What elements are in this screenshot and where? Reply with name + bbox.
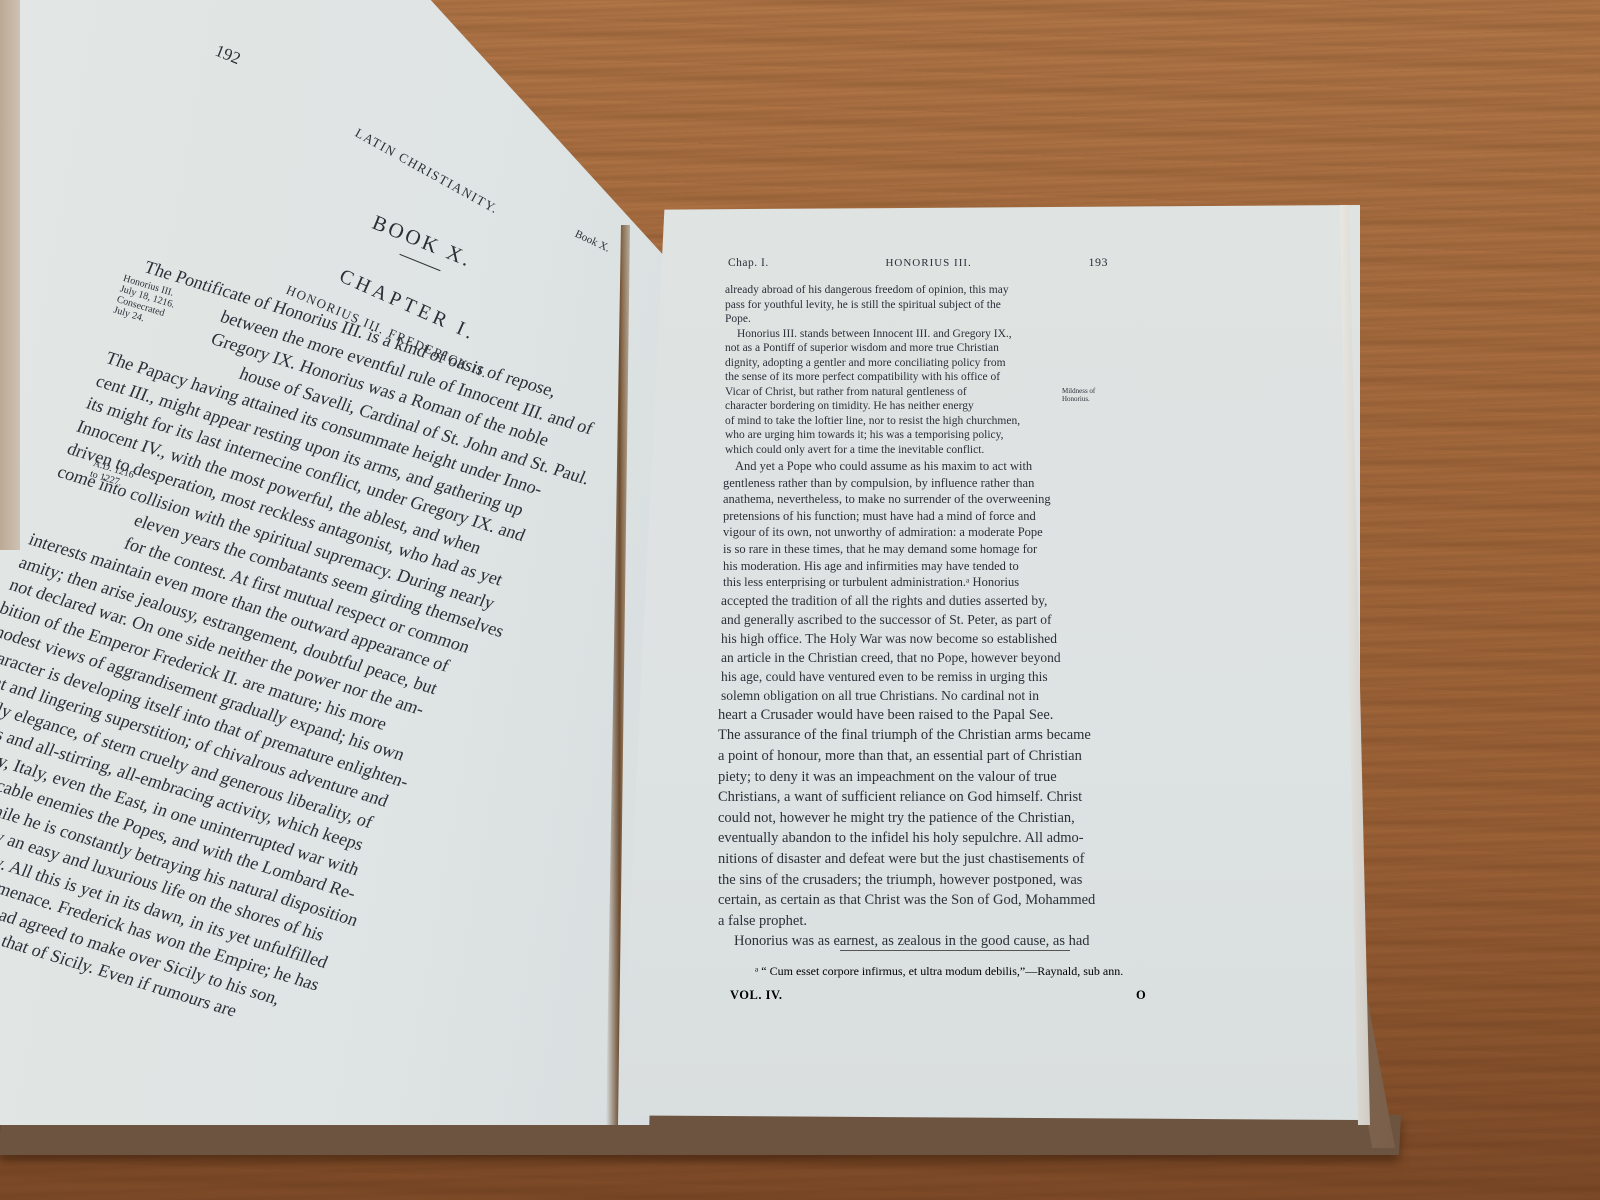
text-line: Christians, a want of sufficient relianc… (718, 787, 1095, 808)
text-line: and generally ascribed to the successor … (721, 610, 1095, 629)
text-line: eventually abandon to the infidel his ho… (718, 828, 1095, 849)
text-line: who are urging him towards it; his was a… (725, 428, 1095, 443)
text-line: his high office. The Holy War was now be… (721, 629, 1095, 648)
text-line: could not, however he might try the pati… (718, 808, 1095, 829)
footnote: ᵃ “ Cum esset corpore infirmus, et ultra… (755, 964, 1123, 979)
text-line: the sins of the crusaders; the triumph, … (718, 870, 1095, 891)
text-line: already abroad of his dangerous freedom … (725, 283, 1095, 298)
text-line: nitions of disaster and defeat were but … (718, 849, 1095, 870)
text-line: this less enterprising or turbulent admi… (723, 574, 1095, 591)
volume-signature: VOL. IV. (730, 988, 783, 1003)
text-line: solemn obligation on all true Christians… (721, 686, 1095, 705)
text-line: pass for youthful levity, he is still th… (725, 298, 1095, 313)
running-head-title: HONORIUS III. (885, 257, 971, 269)
right-page-body: already abroad of his dangerous freedom … (725, 283, 1095, 952)
text-line: a false prophet. (718, 911, 1095, 932)
text-line: gentleness rather than by compulsion, by… (723, 475, 1095, 492)
text-line: The assurance of the final triumph of th… (718, 725, 1095, 746)
text-line: a point of honour, more than that, an es… (718, 746, 1095, 767)
text-line: dignity, adopting a gentler and more con… (725, 356, 1095, 371)
text-line: of mind to take the loftier line, nor to… (725, 414, 1095, 429)
text-line: not as a Pontiff of superior wisdom and … (725, 341, 1095, 356)
text-line: character bordering on timidity. He has … (725, 399, 1095, 414)
text-line: Honorius III. stands between Innocent II… (725, 327, 1095, 342)
right-sidenote: Mildness of Honorius. (1062, 387, 1095, 403)
text-line: certain, as certain as that Christ was t… (718, 890, 1095, 911)
footnote-rule (840, 950, 1070, 951)
text-line: Honorius was as earnest, as zealous in t… (718, 931, 1095, 952)
chapter-label: Chap. I. (728, 257, 769, 269)
left-page-edge (0, 0, 20, 550)
text-line: Pope. (725, 312, 1095, 327)
text-line: heart a Crusader would have been raised … (718, 705, 1095, 726)
text-line: pretensions of his function; must have h… (723, 508, 1095, 525)
text-line: piety; to deny it was an impeachment on … (718, 767, 1095, 788)
text-line: the sense of its more perfect compatibil… (725, 370, 1095, 385)
sidenote-line: Mildness of (1062, 387, 1095, 395)
text-line: is so rare in these times, that he may d… (723, 541, 1095, 558)
signature-mark: O (1136, 988, 1146, 1003)
text-line: his moderation. His age and infirmities … (723, 558, 1095, 575)
text-line: which could only avert for a time the in… (725, 443, 1095, 458)
right-page-content: Chap. I. HONORIUS III. 193 (720, 255, 1160, 274)
right-running-head: Chap. I. HONORIUS III. 193 (728, 255, 1108, 270)
text-line: an article in the Christian creed, that … (721, 648, 1095, 667)
text-line: accepted the tradition of all the rights… (721, 591, 1095, 610)
text-line: his age, could have ventured even to be … (721, 667, 1095, 686)
sidenote-line: Honorius. (1062, 395, 1095, 403)
text-line: anathema, nevertheless, to make no surre… (723, 491, 1095, 508)
text-line: Vicar of Christ, but rather from natural… (725, 385, 1095, 400)
text-line: vigour of its own, not unworthy of admir… (723, 524, 1095, 541)
right-page-number: 193 (1089, 255, 1109, 270)
text-line: And yet a Pope who could assume as his m… (723, 458, 1095, 475)
